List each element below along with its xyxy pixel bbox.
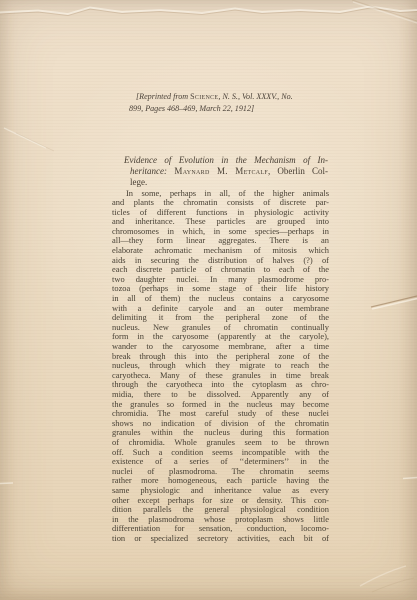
body-line: rather more homogeneous, each particle h… [112,476,329,486]
text-run: heritance: [130,166,167,176]
body-line: in the plasmodroma whose protoplasm show… [112,515,329,525]
body-line: caryotheca. Many of these granules in ti… [112,371,329,381]
body-line: dition parallels the general physiologic… [112,505,329,515]
crease-top-right [352,0,417,21]
body-line: each discrete particle of chromatin to e… [112,265,329,275]
body-line: wander to the caryosome membrane, after … [112,342,329,352]
title-line: Evidence of Evolution in the Mechanism o… [124,155,328,166]
body-line: chromosomes in which, in some species—pe… [112,227,329,237]
body-line: nucleus. New granules of chromatin conti… [112,323,329,333]
body-line: elaborate achromatic mechanism of mitosi… [112,246,329,256]
body-line: tozoa (perhaps in some stage of their li… [112,284,329,294]
citation-line: 899, Pages 468–469, March 22, 1912] [129,103,311,115]
body-line: all—they form linear aggregates. There i… [112,236,329,246]
crinkle-bottom-right-1 [360,566,406,586]
body-line: same physiologic and inheritance value a… [112,486,329,496]
body-line: through the caryotheca into the cytoplas… [112,380,329,390]
body-line: and inheritance. These particles are gro… [112,217,329,227]
text-run: Evidence of Evolution in the Mechanism o… [124,155,328,165]
body-line: two daughter nuclei. In many plasmodrome… [112,275,329,285]
body-line: existence of a series of ‘‘determiners’’… [112,457,329,467]
reprint-citation: [Reprinted from Science, N. S., Vol. XXX… [129,91,311,114]
body-line: off. Such a condition seems incompatible… [112,448,329,458]
body-line: form in the caryosome (apparently at the… [112,332,329,342]
body-line: in all of them) the nucleus contains a c… [112,294,329,304]
article-title: Evidence of Evolution in the Mechanism o… [124,155,328,189]
body-line: nucleus, through which they migrate to r… [112,361,329,371]
edge-mark-right [403,478,417,479]
text-run: lege. [130,177,147,187]
crease-top-right-highlight [353,2,417,23]
body-line: aids in securing the distribution of hal… [112,256,329,266]
text-run: , Oberlin Col- [268,166,328,176]
article-body: In some, perhaps in all, of the higher a… [112,189,329,544]
crease-top-left-2 [16,133,54,151]
citation-line: [Reprinted from Science, N. S., Vol. XXX… [129,91,311,103]
body-line: chromidia. The most careful study of the… [112,409,329,419]
body-line: with a definite caryole and an outer mem… [112,304,329,314]
text-run: Science [190,92,218,101]
crease-top-left-1 [4,128,46,148]
title-line: heritance: Maynard M. Metcalf, Oberlin C… [124,166,328,177]
body-line: break through this into the peripheral z… [112,352,329,362]
text-run: [Reprinted from [136,92,190,101]
torn-edge-highlight [0,7,417,15]
crease-right-middle-shadow [371,296,417,307]
edge-mark-left [0,483,13,484]
body-line: shows no indication of division of the c… [112,419,329,429]
text-run: , N. S., Vol. XXXV., No. [218,92,292,101]
body-line: In some, perhaps in all, of the higher a… [112,189,329,199]
body-line: delimiting it from the peripheral zone o… [112,313,329,323]
body-line: ticles of different functions in physiol… [112,208,329,218]
body-line: tion or specialized secretory activities… [112,534,329,544]
crinkle-bottom-right-2 [372,578,414,592]
body-line: nuclei of plasmodroma. The chromatin see… [112,467,329,477]
text-run: 899, Pages 468–469, March 22, 1912] [129,104,254,113]
body-line: differentiation for sensation, conductio… [112,524,329,534]
torn-edge-shadow [0,8,417,16]
body-line: midia, there to be dissolved. Apparently… [112,390,329,400]
title-line: lege. [124,177,328,188]
body-line: granules within the nucleus during this … [112,428,329,438]
body-line: the granules so formed in the nucleus ma… [112,400,329,410]
text-run: Maynard M. Metcalf [167,166,268,176]
body-line: other except perhaps for size or density… [112,496,329,506]
body-line: and plants the chromatin consists of dis… [112,198,329,208]
body-line: of chromidia. Whole granules seem to be … [112,438,329,448]
reprint-page: [Reprinted from Science, N. S., Vol. XXX… [0,0,417,600]
crease-right-middle-highlight [372,299,417,310]
